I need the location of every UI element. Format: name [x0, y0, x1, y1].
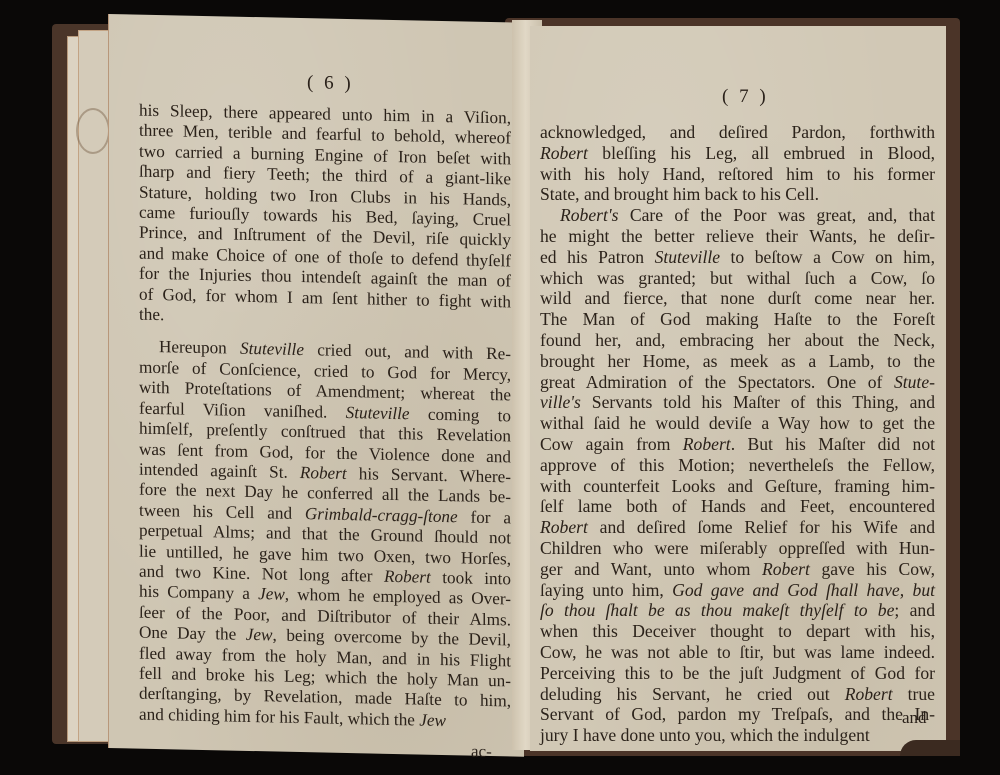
text-line: ſelf lame both of Hands and Feet, encoun… [540, 496, 935, 517]
text-line: ed his Patron Stuteville to beſtow a Cow… [540, 247, 935, 268]
page-number: ( 7 ) [722, 86, 769, 108]
page-text: acknowledged, and deſired Pardon, forthw… [540, 122, 935, 746]
stain-mark [76, 108, 110, 154]
text-line: which was granted; but withal ſuch a Cow… [540, 268, 935, 289]
text-line: Robert bleſſing his Leg, all embrued in … [540, 143, 935, 164]
text-line: with counterfeit Looks and Geſture, fram… [540, 476, 935, 497]
text-line: with his holy Hand, reſtored him to his … [540, 164, 935, 185]
text-line: acknowledged, and deſired Pardon, forthw… [540, 122, 935, 143]
catchword: ac- [471, 742, 492, 762]
catchword: and [902, 708, 927, 728]
text-line: he might the better relieve their Wants,… [540, 226, 935, 247]
text-line: The Man of God making Haſte to the Foreſ… [540, 309, 935, 330]
text-line: great Admiration of the Spectators. One … [540, 372, 935, 393]
text-line: jury I have done unto you, which the ind… [540, 725, 935, 746]
text-line: Robert's Care of the Poor was great, and… [540, 205, 935, 226]
text-line: ſaying unto him, God gave and God ſhall … [540, 580, 935, 601]
text-line: State, and brought him back to his Cell. [540, 184, 935, 205]
torn-corner [900, 740, 960, 756]
text-line: deluding his Servant, he cried out Rober… [540, 684, 935, 705]
left-page: ( 6 ) his Sleep, there appeared unto him… [108, 14, 524, 757]
text-line: when this Deceiver thought to depart wit… [540, 621, 935, 642]
text-line: approve of this Motion; nevertheleſs the… [540, 455, 935, 476]
right-page: ( 7 ) acknowledged, and deſired Pardon, … [530, 26, 946, 751]
text-line: Children who were miſerably oppreſſed wi… [540, 538, 935, 559]
text-line: found her, and, embracing her about the … [540, 330, 935, 351]
text-line: Robert and deſired ſome Relief for his W… [540, 517, 935, 538]
text-line: ville's Servants told his Maſter of this… [540, 392, 935, 413]
text-line: wild and fierce, that none durſt come ne… [540, 288, 935, 309]
text-line: Cow again from Robert. But his Maſter di… [540, 434, 935, 455]
page-text: his Sleep, there appeared unto him in a … [139, 101, 511, 733]
text-line: Perceiving this to be the juſt Judgment … [540, 663, 935, 684]
text-line: Servant of God, pardon my Treſpaſs, and … [540, 704, 935, 725]
text-line: Cow, he was not able to ſtir, but was la… [540, 642, 935, 663]
text-line: ger and Want, unto whom Robert gave his … [540, 559, 935, 580]
page-number: ( 6 ) [307, 72, 354, 95]
text-line: ſo thou ſhalt be as thou makeſt thyſelf … [540, 600, 935, 621]
text-line: withal ſaid he would deviſe a Way how to… [540, 413, 935, 434]
text-line: brought her Home, as meek as a Lamb, to … [540, 351, 935, 372]
